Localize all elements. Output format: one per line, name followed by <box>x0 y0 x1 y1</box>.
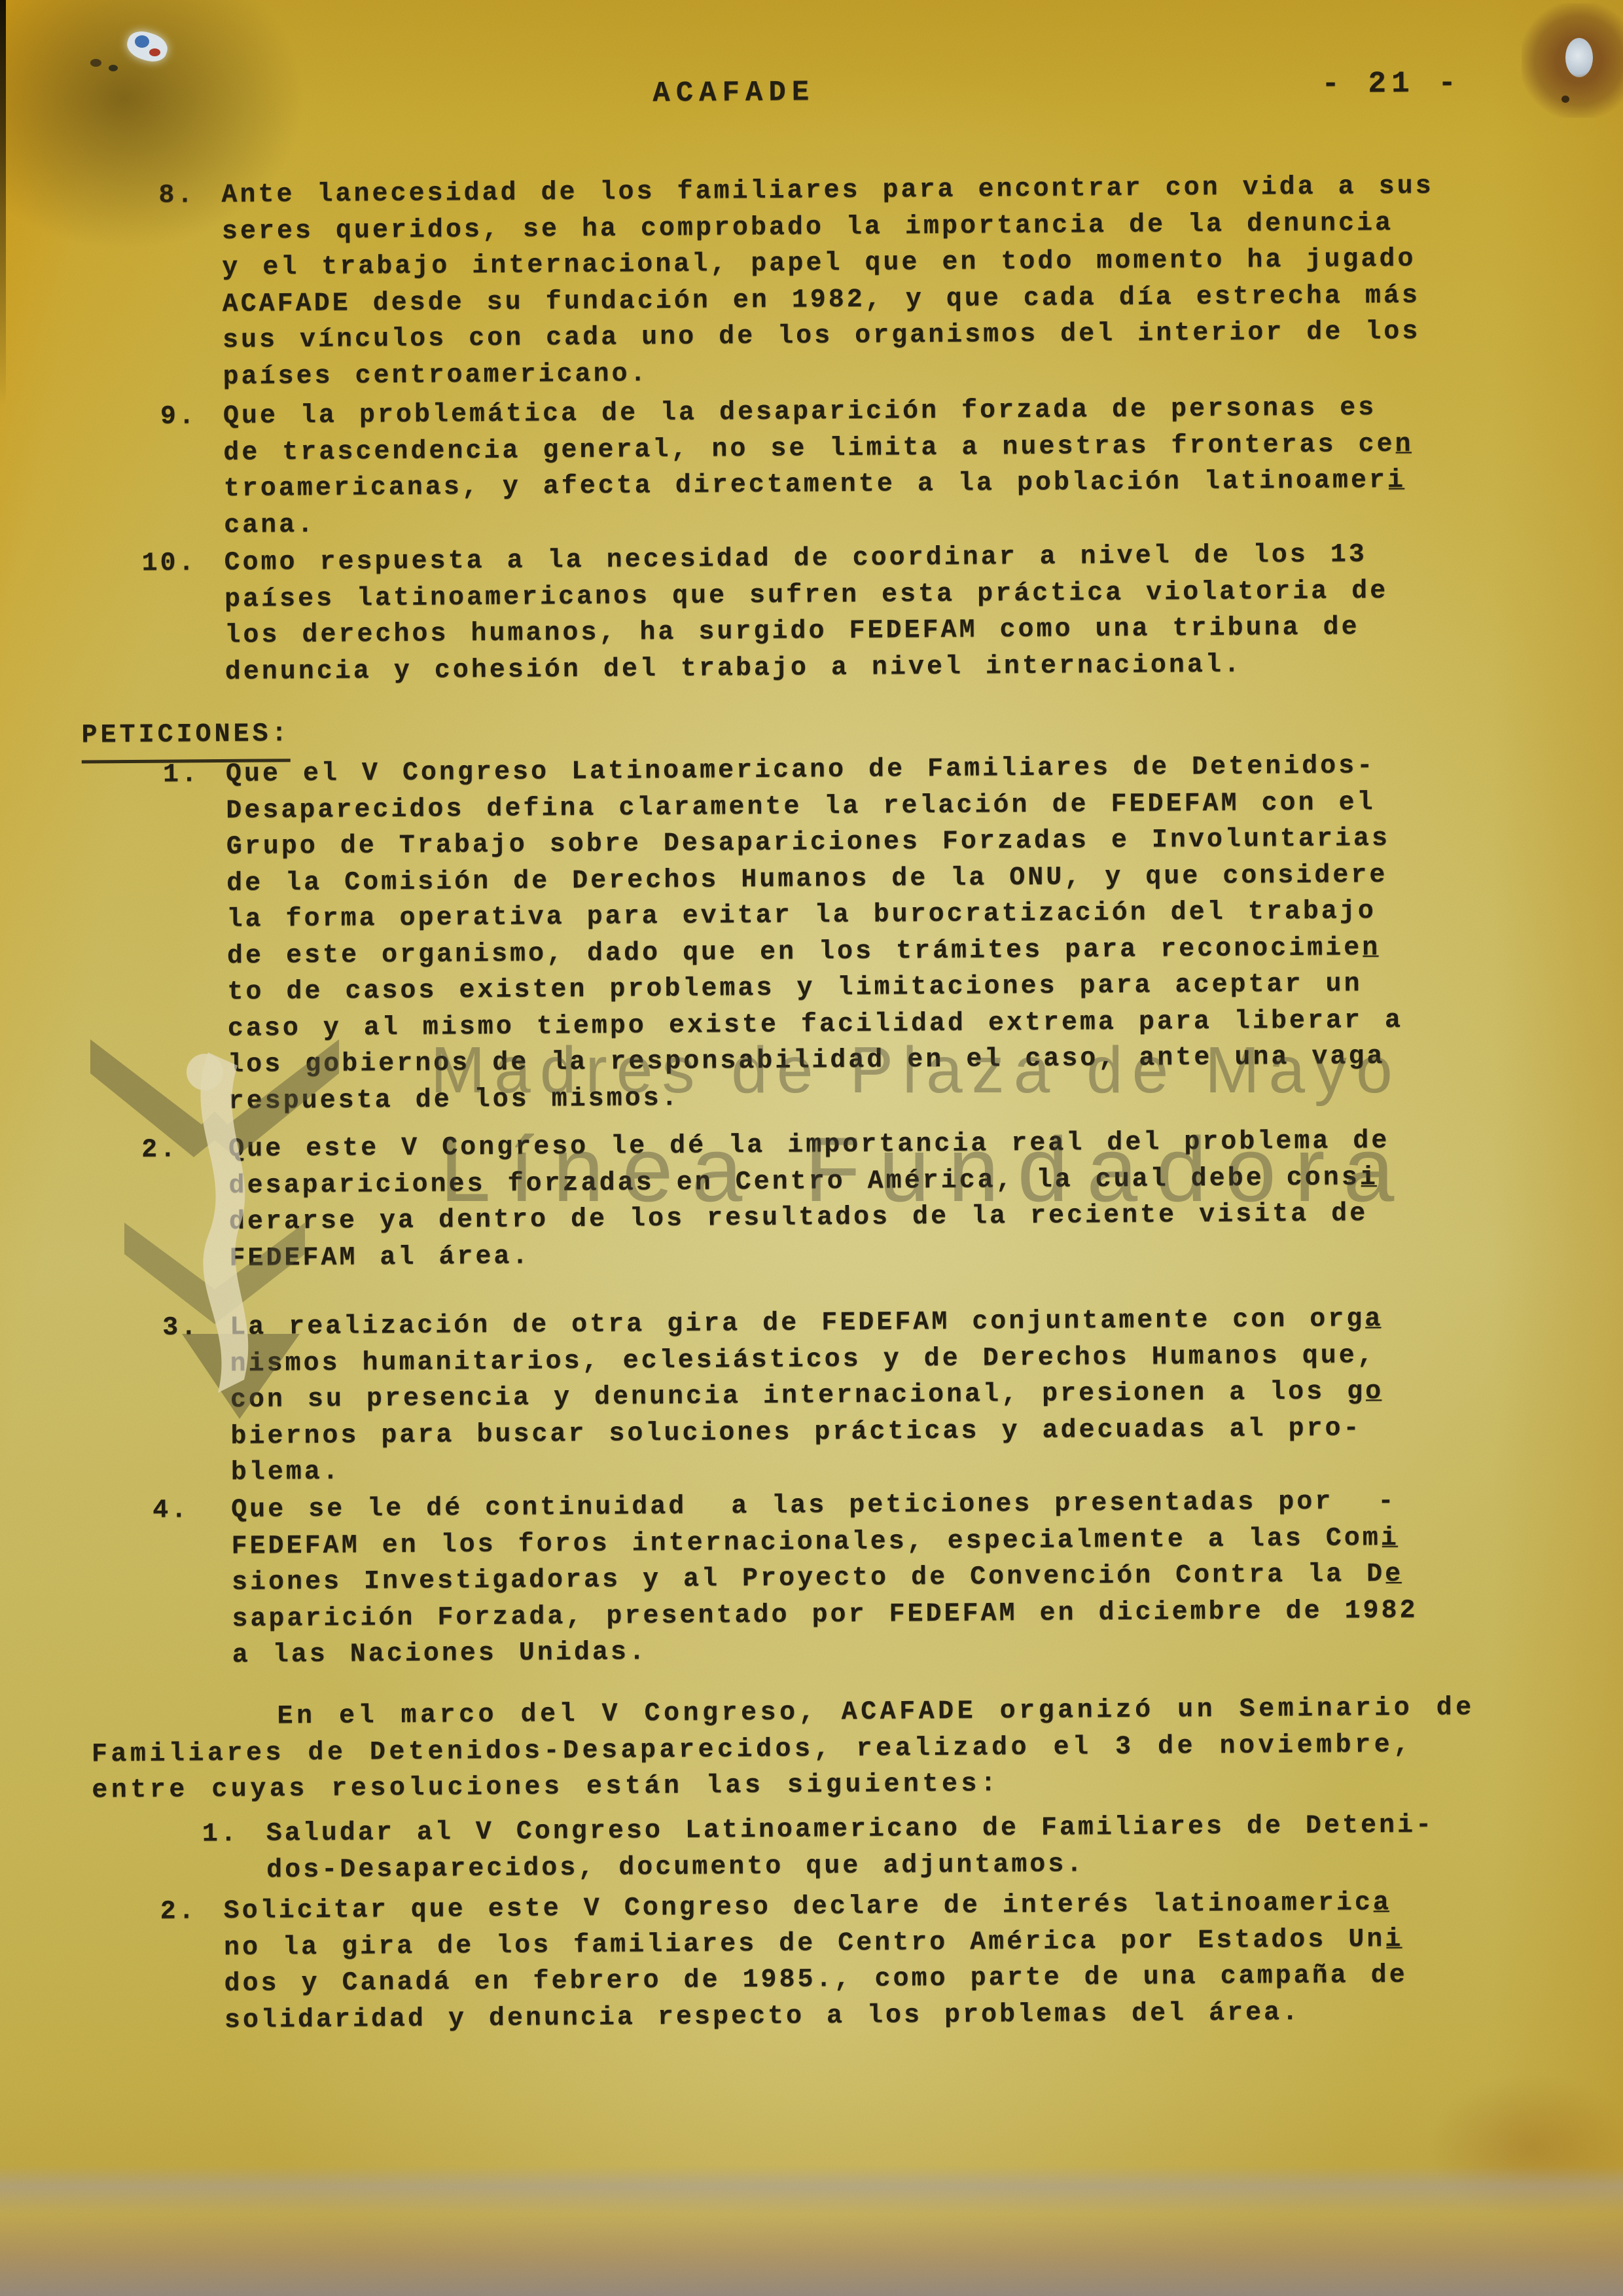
list-item-text: Que se le dé continuidad a las peticione… <box>231 1482 1541 1674</box>
list-item-number: 10. <box>141 545 196 582</box>
list-item-number: 8. <box>158 177 195 214</box>
watermark-text-line2: Línea Fundadora <box>440 1117 1412 1223</box>
list-item-text: Solicitar que este V Congreso declare de… <box>223 1884 1533 2039</box>
list-item-number: 2. <box>160 1893 196 1930</box>
madres-scarf-logo-icon <box>84 1026 346 1419</box>
list-item-text: Saludar al V Congreso Latinoamericano de… <box>266 1806 1576 1889</box>
list-item-text: Ante lanecesidad de los familiares para … <box>221 168 1531 395</box>
list-item-number: 9. <box>160 399 197 435</box>
watermark-text-line1: Madres de Plaza de Mayo <box>431 1033 1402 1108</box>
paragraph-text: En el marco del V Congreso, ACAFADE orga… <box>91 1689 1518 1808</box>
scanned-document-page: ACAFADE - 21 - 8. Ante lanecesidad de lo… <box>0 0 1623 2296</box>
list-item-number: 4. <box>152 1492 189 1529</box>
page-title: ACAFADE <box>652 76 815 110</box>
list-item-text: La realización de otra gira de FEDEFAM c… <box>230 1300 1540 1491</box>
list-item-text: Que la problemática de la desaparición f… <box>223 389 1533 544</box>
list-item-number: 1. <box>202 1816 239 1853</box>
peticiones-section-heading: PETICIONES: <box>0 706 1620 718</box>
list-item-8: 8. Ante lanecesidad de los familiares pa… <box>0 167 1616 179</box>
seminar-paragraph: En el marco del V Congreso, ACAFADE orga… <box>5 1689 1623 1700</box>
list-item-number: 1. <box>163 757 200 793</box>
resolucion-item-2: 2. Solicitar que este V Congreso declare… <box>6 1883 1623 1895</box>
list-item-text: Como respuesta a la necesidad de coordin… <box>224 535 1534 691</box>
page-number: - 21 - <box>1321 66 1461 101</box>
